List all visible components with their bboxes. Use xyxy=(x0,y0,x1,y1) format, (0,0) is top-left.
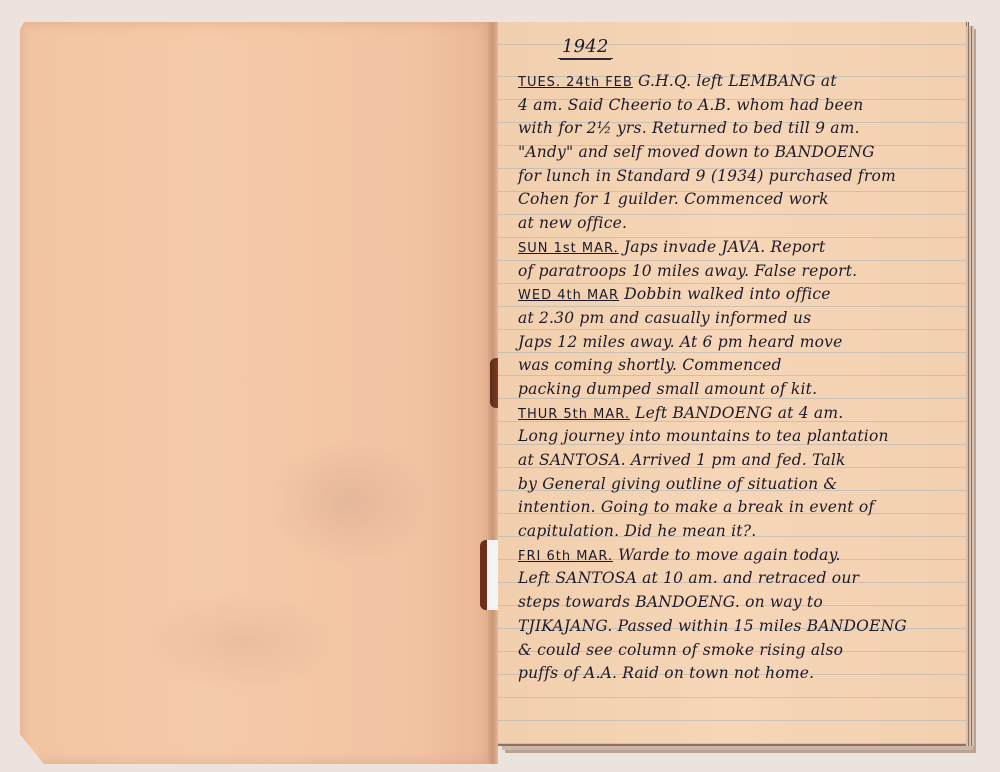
diary-line: TJIKAJANG. Passed within 15 miles BANDOE… xyxy=(518,615,958,639)
diary-line: intention. Going to make a break in even… xyxy=(518,496,958,520)
left-page-blank xyxy=(20,22,488,764)
diary-line: was coming shortly. Commenced xyxy=(518,354,958,378)
right-page-diary: 1942 TUES. 24th FEB G.H.Q. left LEMBANG … xyxy=(498,22,969,746)
diary-text: TUES. 24th FEB G.H.Q. left LEMBANG at 4 … xyxy=(518,70,958,686)
diary-line: capitulation. Did he mean it?. xyxy=(518,520,958,544)
diary-line: Cohen for 1 guilder. Commenced work xyxy=(518,188,958,212)
diary-line: WED 4th MAR Dobbin walked into office xyxy=(518,283,958,307)
entry-date: SUN 1st MAR. xyxy=(518,241,619,256)
page-edges xyxy=(966,26,974,746)
diary-line: TUES. 24th FEB G.H.Q. left LEMBANG at xyxy=(518,70,958,94)
diary-line: Japs 12 miles away. At 6 pm heard move xyxy=(518,331,958,355)
diary-line: for lunch in Standard 9 (1934) purchased… xyxy=(518,165,958,189)
entry-date: WED 4th MAR xyxy=(518,288,619,303)
year-heading: 1942 xyxy=(558,36,613,59)
entry-date: TUES. 24th FEB xyxy=(518,75,633,90)
diary-line: puffs of A.A. Raid on town not home. xyxy=(518,662,958,686)
diary-line: at new office. xyxy=(518,212,958,236)
diary-line: of paratroops 10 miles away. False repor… xyxy=(518,260,958,284)
diary-line: "Andy" and self moved down to BANDOENG xyxy=(518,141,958,165)
entry-date: THUR 5th MAR. xyxy=(518,407,630,422)
diary-line: 4 am. Said Cheerio to A.B. whom had been xyxy=(518,94,958,118)
diary-line: Long journey into mountains to tea plant… xyxy=(518,425,958,449)
diary-line: packing dumped small amount of kit. xyxy=(518,378,958,402)
diary-line: THUR 5th MAR. Left BANDOENG at 4 am. xyxy=(518,402,958,426)
diary-line: by General giving outline of situation & xyxy=(518,473,958,497)
diary-line: at SANTOSA. Arrived 1 pm and fed. Talk xyxy=(518,449,958,473)
diary-line: with for 2½ yrs. Returned to bed till 9 … xyxy=(518,117,958,141)
diary-line: SUN 1st MAR. Japs invade JAVA. Report xyxy=(518,236,958,260)
diary-line: Left SANTOSA at 10 am. and retraced our xyxy=(518,567,958,591)
corner-crease xyxy=(0,0,76,73)
entry-date: FRI 6th MAR. xyxy=(518,549,613,564)
diary-line: FRI 6th MAR. Warde to move again today. xyxy=(518,544,958,568)
diary-line: & could see column of smoke rising also xyxy=(518,639,958,663)
diary-line: steps towards BANDOENG. on way to xyxy=(518,591,958,615)
diary-line: at 2.30 pm and casually informed us xyxy=(518,307,958,331)
